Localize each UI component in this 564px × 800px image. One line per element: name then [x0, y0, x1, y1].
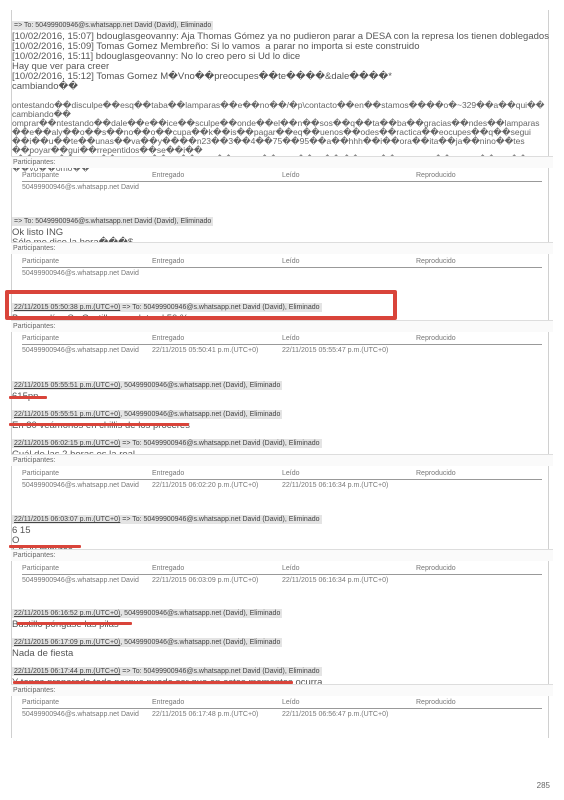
- cell-entregado: 22/11/2015 06:03:09 p.m.(UTC+0): [152, 577, 282, 584]
- page-number: 285: [537, 781, 550, 790]
- participants-table: Participante Entregado Leído Reproducido…: [22, 697, 542, 720]
- cell-participante: 50499900946@s.whatsapp.net David: [22, 482, 152, 489]
- message-header: 22/11/2015 05:55:51 p.m.(UTC+0), 5049990…: [12, 410, 282, 419]
- message-block: 22/11/2015 06:16:52 p.m.(UTC+0), 5049990…: [12, 602, 552, 630]
- col-entregado: Entregado: [152, 470, 282, 477]
- message-sender: , 50499900946@s.whatsapp.net (David), El…: [120, 610, 280, 617]
- message-line: 6 15: [12, 526, 552, 536]
- cell-leido: 22/11/2015 05:55:47 p.m.(UTC+0): [282, 347, 416, 354]
- col-leido: Leído: [282, 470, 416, 477]
- col-reproducido: Reproducido: [416, 699, 536, 706]
- message-header: 22/11/2015 06:17:09 p.m.(UTC+0), 5049990…: [12, 638, 282, 647]
- col-leido: Leído: [282, 699, 416, 706]
- cell-participante: 50499900946@s.whatsapp.net David: [22, 711, 152, 718]
- message-date: 22/11/2015 06:17:44 p.m.(UTC+0): [14, 668, 120, 675]
- col-entregado: Entregado: [152, 258, 282, 265]
- message-block: => To: 50499900946@s.whatsapp.net David …: [12, 14, 552, 173]
- table-row: 50499900946@s.whatsapp.net David 22/11/2…: [22, 345, 542, 356]
- table-row: 50499900946@s.whatsapp.net David: [22, 268, 542, 279]
- table-header: Participante Entregado Leído Reproducido: [22, 468, 542, 480]
- message-header: => To: 50499900946@s.whatsapp.net David …: [12, 21, 213, 30]
- message-sender: , 50499900946@s.whatsapp.net (David), El…: [120, 382, 280, 389]
- message-sender: , 50499900946@s.whatsapp.net (David), El…: [120, 639, 280, 646]
- cell-participante: 50499900946@s.whatsapp.net David: [22, 347, 152, 354]
- col-reproducido: Reproducido: [416, 565, 536, 572]
- col-leido: Leído: [282, 565, 416, 572]
- table-row: 50499900946@s.whatsapp.net David 22/11/2…: [22, 575, 542, 586]
- annotation-underline: [9, 396, 47, 399]
- message-recipient: => To: 50499900946@s.whatsapp.net David …: [120, 440, 319, 447]
- message-header: 22/11/2015 06:03:07 p.m.(UTC+0) => To: 5…: [12, 515, 322, 524]
- participants-label: Participantes:: [11, 684, 553, 696]
- table-header: Participante Entregado Leído Reproducido: [22, 256, 542, 268]
- table-header: Participante Entregado Leído Reproducido: [22, 170, 542, 182]
- message-header: 22/11/2015 05:55:51 p.m.(UTC+0), 5049990…: [12, 381, 282, 390]
- participants-table: Participante Entregado Leído Reproducido…: [22, 468, 542, 491]
- col-reproducido: Reproducido: [416, 258, 536, 265]
- message-header: 22/11/2015 06:17:44 p.m.(UTC+0) => To: 5…: [12, 667, 322, 676]
- participants-label: Participantes:: [11, 549, 553, 561]
- message-recipient: => To: 50499900946@s.whatsapp.net David …: [120, 516, 319, 523]
- message-sender: , 50499900946@s.whatsapp.net (David), El…: [120, 411, 280, 418]
- participants-table: Participante Entregado Leído Reproducido…: [22, 170, 542, 193]
- message-date: 22/11/2015 05:55:51 p.m.(UTC+0): [14, 411, 120, 418]
- col-leido: Leído: [282, 335, 416, 342]
- col-participante: Participante: [22, 699, 152, 706]
- annotation-underline: [9, 545, 81, 548]
- col-participante: Participante: [22, 565, 152, 572]
- cell-participante: 50499900946@s.whatsapp.net David: [22, 270, 152, 277]
- table-header: Participante Entregado Leído Reproducido: [22, 333, 542, 345]
- cell-entregado: 22/11/2015 06:02:20 p.m.(UTC+0): [152, 482, 282, 489]
- col-leido: Leído: [282, 258, 416, 265]
- message-recipient: => To: 50499900946@s.whatsapp.net David …: [120, 668, 319, 675]
- table-row: 50499900946@s.whatsapp.net David 22/11/2…: [22, 480, 542, 491]
- col-reproducido: Reproducido: [416, 172, 536, 179]
- cell-entregado: 22/11/2015 06:17:48 p.m.(UTC+0): [152, 711, 282, 718]
- message-block: 22/11/2015 06:17:09 p.m.(UTC+0), 5049990…: [12, 631, 552, 659]
- annotation-underline: [17, 622, 132, 625]
- message-date: 22/11/2015 06:02:15 p.m.(UTC+0): [14, 440, 120, 447]
- message-header: => To: 50499900946@s.whatsapp.net David …: [12, 217, 213, 226]
- col-leido: Leído: [282, 172, 416, 179]
- message-line: cambiando��: [12, 82, 552, 92]
- message-header: 22/11/2015 06:02:15 p.m.(UTC+0) => To: 5…: [12, 439, 322, 448]
- message-date: 22/11/2015 06:03:07 p.m.(UTC+0): [14, 516, 120, 523]
- message-block: 22/11/2015 05:55:51 p.m.(UTC+0), 5049990…: [12, 403, 552, 431]
- participants-table: Participante Entregado Leído Reproducido…: [22, 333, 542, 356]
- message-line: 615pn: [12, 392, 552, 402]
- message-date: 22/11/2015 06:17:09 p.m.(UTC+0): [14, 639, 120, 646]
- cell-participante: 50499900946@s.whatsapp.net David: [22, 577, 152, 584]
- message-date: 22/11/2015 05:55:51 p.m.(UTC+0): [14, 382, 120, 389]
- participants-table: Participante Entregado Leído Reproducido…: [22, 563, 542, 586]
- message-block: 22/11/2015 05:55:51 p.m.(UTC+0), 5049990…: [12, 374, 552, 402]
- message-header: 22/11/2015 06:16:52 p.m.(UTC+0), 5049990…: [12, 609, 282, 618]
- participants-label: Participantes:: [11, 242, 553, 254]
- cell-leido: 22/11/2015 06:16:34 p.m.(UTC+0): [282, 482, 416, 489]
- cell-participante: 50499900946@s.whatsapp.net David: [22, 184, 152, 191]
- participants-label: Participantes:: [11, 454, 553, 466]
- message-line: O: [12, 536, 552, 546]
- message-date: 22/11/2015 06:16:52 p.m.(UTC+0): [14, 610, 120, 617]
- table-row: 50499900946@s.whatsapp.net David 22/11/2…: [22, 709, 542, 720]
- col-participante: Participante: [22, 172, 152, 179]
- col-entregado: Entregado: [152, 335, 282, 342]
- annotation-underline: [9, 423, 189, 426]
- message-line: [10/02/2016, 15:12] Tomas Gomez M�Vno��p…: [12, 72, 552, 82]
- garbled-line: ontestando��disculpe��esq��taba��lampara…: [12, 101, 552, 110]
- col-participante: Participante: [22, 335, 152, 342]
- cell-leido: 22/11/2015 06:16:34 p.m.(UTC+0): [282, 577, 416, 584]
- participants-table: Participante Entregado Leído Reproducido…: [22, 256, 542, 279]
- col-participante: Participante: [22, 258, 152, 265]
- col-entregado: Entregado: [152, 699, 282, 706]
- col-participante: Participante: [22, 470, 152, 477]
- cell-leido: 22/11/2015 06:56:47 p.m.(UTC+0): [282, 711, 416, 718]
- table-header: Participante Entregado Leído Reproducido: [22, 563, 542, 575]
- table-row: 50499900946@s.whatsapp.net David: [22, 182, 542, 193]
- table-header: Participante Entregado Leído Reproducido: [22, 697, 542, 709]
- col-reproducido: Reproducido: [416, 335, 536, 342]
- col-entregado: Entregado: [152, 172, 282, 179]
- annotation-highlight-box: [5, 290, 397, 320]
- col-entregado: Entregado: [152, 565, 282, 572]
- col-reproducido: Reproducido: [416, 470, 536, 477]
- participants-label: Participantes:: [11, 320, 553, 332]
- message-line: Nada de fiesta: [12, 649, 552, 659]
- cell-entregado: 22/11/2015 05:50:41 p.m.(UTC+0): [152, 347, 282, 354]
- participants-label: Participantes:: [11, 156, 553, 168]
